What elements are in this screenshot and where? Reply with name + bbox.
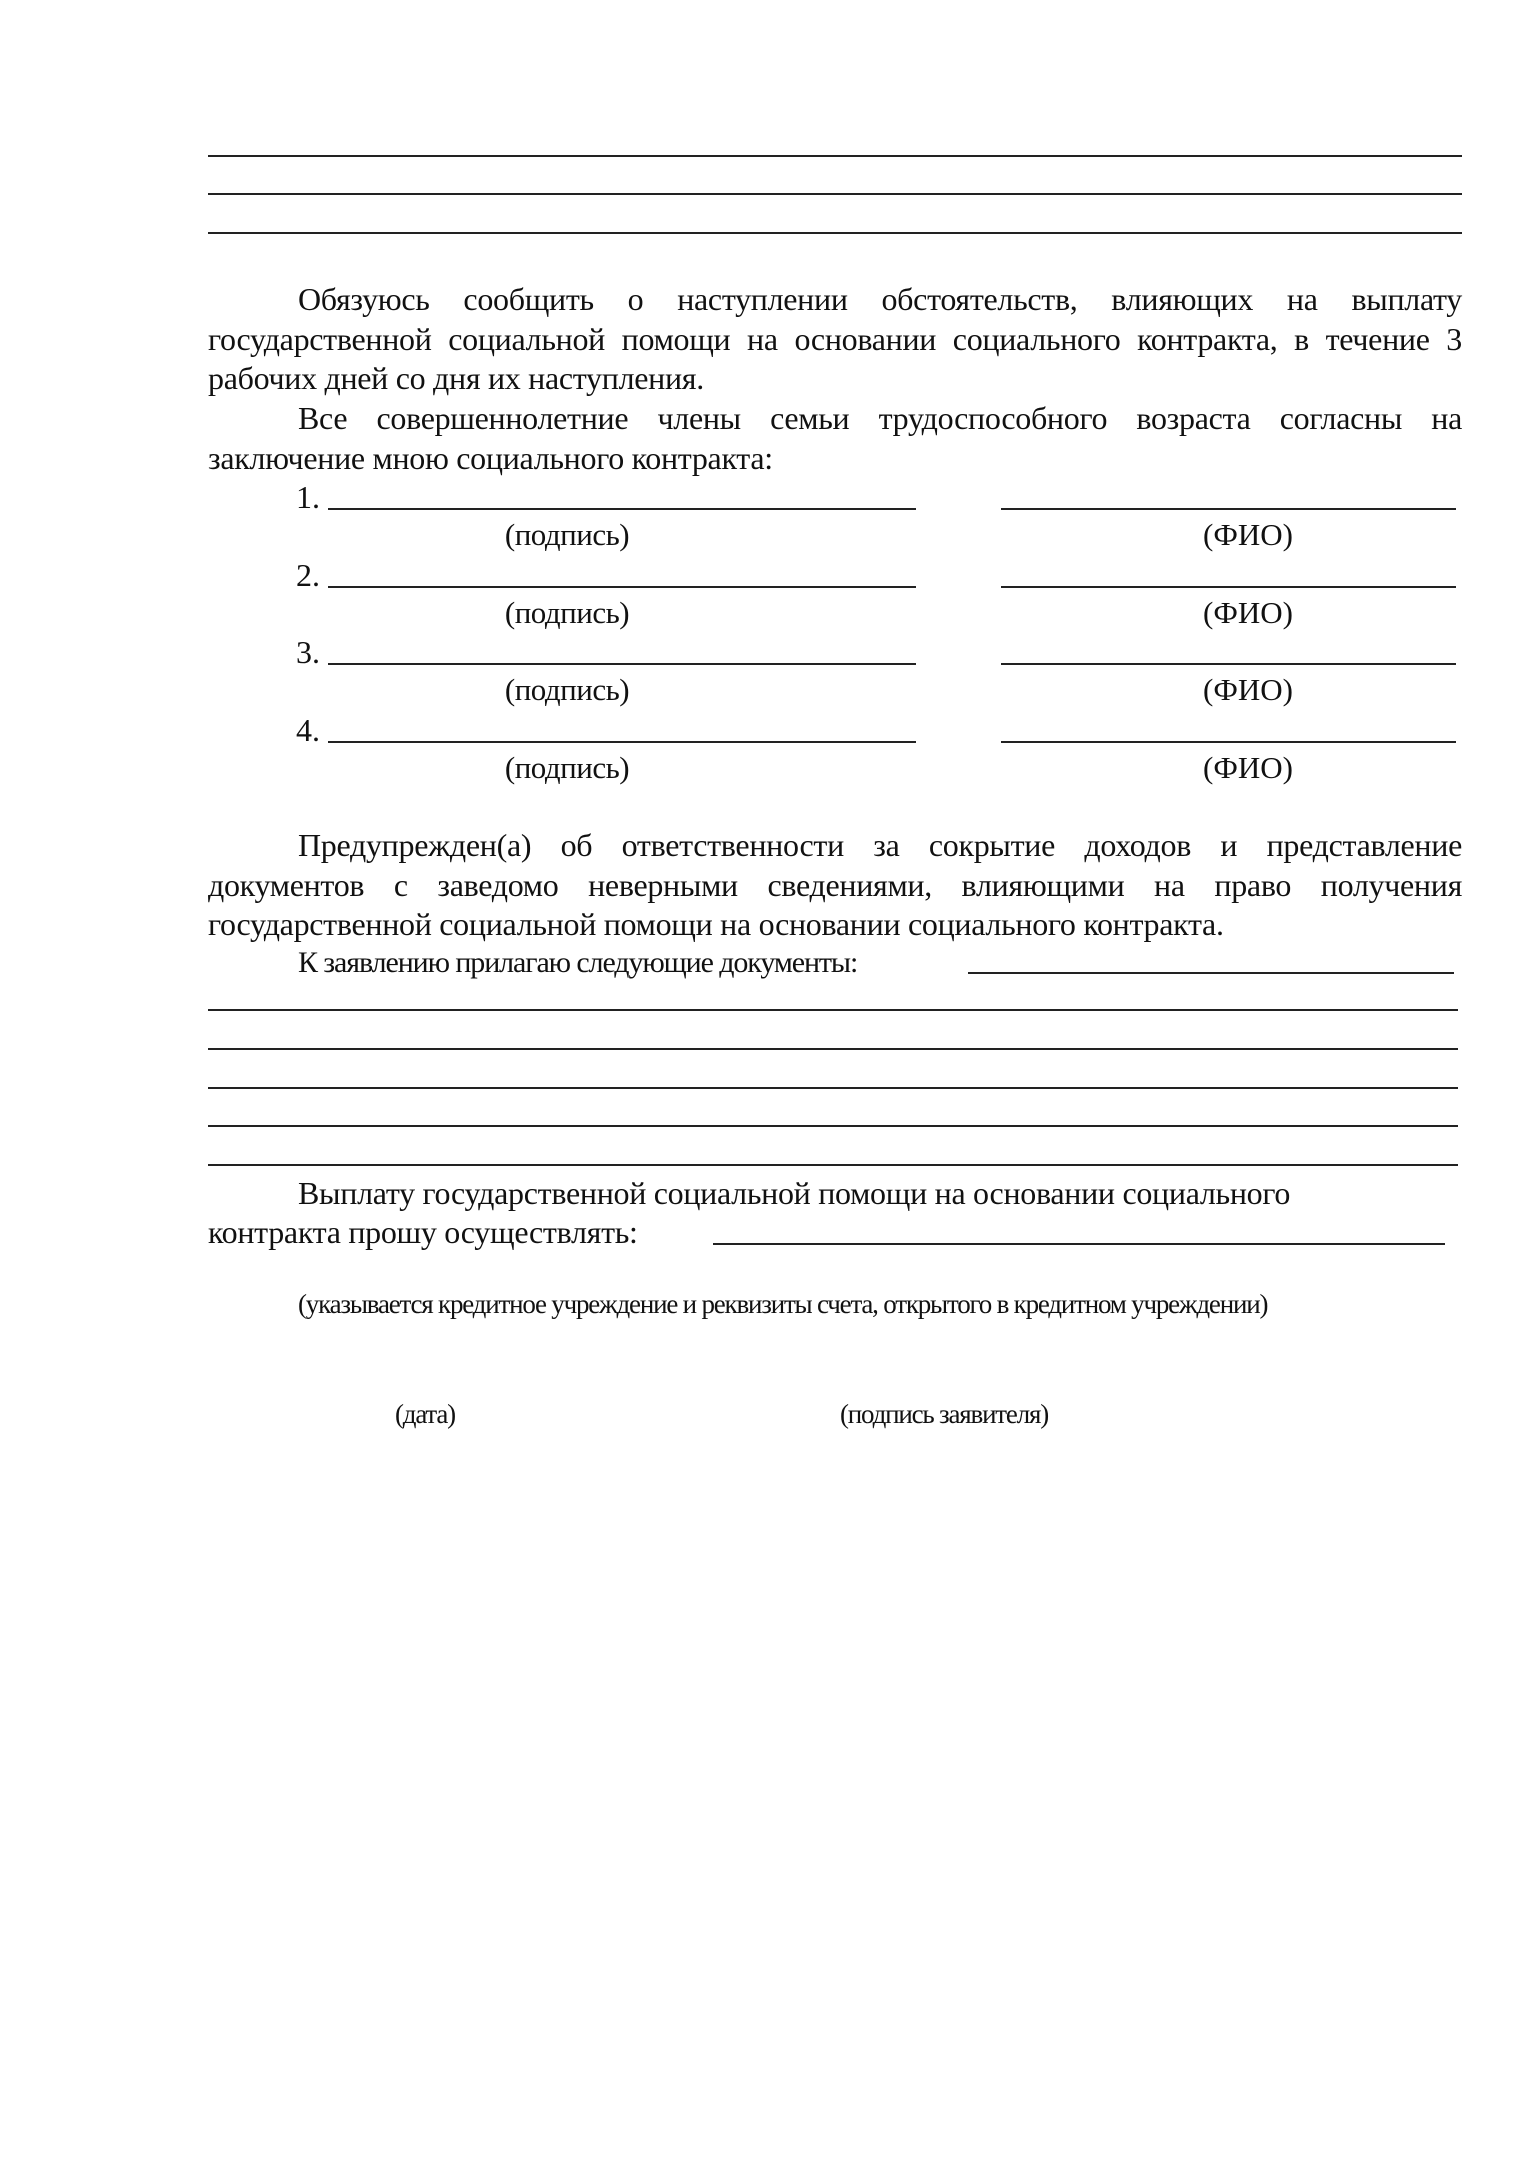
paragraph-notify-text: Обязуюсь сообщить о наступлении обстояте… [208,281,1462,396]
signature-caption: (подпись) [467,672,667,708]
signature-number: 3. [296,633,320,672]
date-caption: (дата) [395,1398,455,1430]
paragraph-consent: Все совершеннолетние члены семьи трудосп… [208,399,1462,478]
signature-line[interactable] [328,586,916,588]
signature-number: 4. [296,711,320,750]
full-name-caption: (ФИО) [1148,517,1348,553]
signature-line[interactable] [328,741,916,743]
signature-number: 1. [296,478,320,517]
full-name-line[interactable] [1001,741,1456,743]
attachments-blank-line[interactable] [208,1125,1458,1127]
attachments-inline-line[interactable] [968,972,1454,974]
attachments-blank-line[interactable] [208,1009,1458,1011]
paragraph-notify: Обязуюсь сообщить о наступлении обстояте… [208,280,1462,399]
payment-details-line[interactable] [713,1243,1445,1245]
full-name-line[interactable] [1001,586,1456,588]
attachments-blank-line[interactable] [208,1087,1458,1089]
blank-line[interactable] [208,232,1462,234]
attachments-blank-line[interactable] [208,1048,1458,1050]
full-name-line[interactable] [1001,508,1456,510]
applicant-signature-caption: (подпись заявителя) [840,1398,1048,1430]
signature-line[interactable] [328,663,916,665]
paragraph-consent-text: Все совершеннолетние члены семьи трудосп… [208,400,1462,476]
document-page: Обязуюсь сообщить о наступлении обстояте… [0,0,1528,2160]
full-name-caption: (ФИО) [1148,750,1348,786]
full-name-caption: (ФИО) [1148,595,1348,631]
full-name-caption: (ФИО) [1148,672,1348,708]
full-name-line[interactable] [1001,663,1456,665]
paragraph-warning-text: Предупрежден(а) об ответственности за со… [208,827,1462,942]
signature-caption: (подпись) [467,595,667,631]
blank-line[interactable] [208,155,1462,157]
attachments-label: К заявлению прилагаю следующие документы… [298,943,857,982]
attachments-blank-line[interactable] [208,1164,1458,1166]
payment-text-line1: Выплату государственной социальной помощ… [298,1174,1290,1213]
blank-line[interactable] [208,193,1462,195]
payment-text-line2: контракта прошу осуществлять: [208,1213,638,1252]
payment-caption: (указывается кредитное учреждение и рекв… [298,1288,1267,1320]
signature-caption: (подпись) [467,750,667,786]
signature-line[interactable] [328,508,916,510]
signature-number: 2. [296,556,320,595]
paragraph-warning: Предупрежден(а) об ответственности за со… [208,826,1462,945]
signature-caption: (подпись) [467,517,667,553]
